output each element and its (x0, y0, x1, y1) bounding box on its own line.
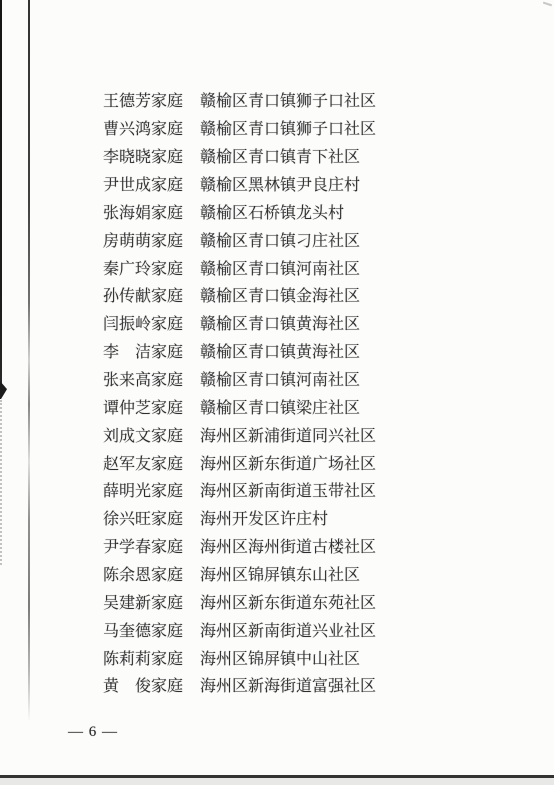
scan-bottom-edge-shadow (0, 778, 554, 785)
scan-left-edge-dots (0, 400, 2, 565)
community-address: 赣榆区青口镇黄海社区 (200, 311, 523, 334)
scan-left-edge-line (0, 0, 2, 388)
community-address: 赣榆区青口镇金海社区 (200, 283, 523, 306)
table-row: 刘成文家庭 海州区新浦街道同兴社区 (103, 420, 523, 448)
table-row: 赵军友家庭 海州区新东街道广场社区 (103, 448, 523, 476)
community-address: 赣榆区青口镇狮子口社区 (200, 88, 523, 111)
family-community-list: 王德芳家庭 赣榆区青口镇狮子口社区 曹兴鸿家庭 赣榆区青口镇狮子口社区 李晓晓家… (103, 86, 523, 699)
community-address: 海州区锦屏镇东山社区 (200, 562, 523, 585)
family-name: 尹世成家庭 (103, 172, 200, 195)
family-name: 秦广玲家庭 (103, 256, 200, 279)
table-row: 徐兴旺家庭 海州开发区许庄村 (103, 504, 523, 532)
community-address: 赣榆区青口镇河南社区 (200, 367, 523, 390)
table-row: 尹世成家庭 赣榆区黑林镇尹良庄村 (103, 170, 523, 198)
table-row: 薛明光家庭 海州区新南街道玉带社区 (103, 476, 523, 504)
community-address: 海州区新海街道富强社区 (200, 673, 523, 696)
table-row: 陈莉莉家庭 海州区锦屏镇中山社区 (103, 643, 523, 671)
table-row: 尹学春家庭 海州区海州街道古楼社区 (103, 532, 523, 560)
table-row: 李 洁家庭 赣榆区青口镇黄海社区 (103, 337, 523, 365)
table-row: 秦广玲家庭 赣榆区青口镇河南社区 (103, 253, 523, 281)
table-row: 孙传献家庭 赣榆区青口镇金海社区 (103, 281, 523, 309)
community-address: 海州区新南街道玉带社区 (200, 478, 523, 501)
family-name: 陈莉莉家庭 (103, 646, 200, 669)
table-row: 闫振岭家庭 赣榆区青口镇黄海社区 (103, 309, 523, 337)
community-address: 海州区海州街道古楼社区 (200, 534, 523, 557)
community-address: 海州区新南街道兴业社区 (200, 618, 523, 641)
family-name: 张海娟家庭 (103, 200, 200, 223)
table-row: 房萌萌家庭 赣榆区青口镇刁庄社区 (103, 225, 523, 253)
family-name: 李 洁家庭 (103, 339, 200, 362)
family-name: 马奎德家庭 (103, 618, 200, 641)
family-name: 张来高家庭 (103, 367, 200, 390)
family-name: 陈余恩家庭 (103, 562, 200, 585)
table-row: 张来高家庭 赣榆区青口镇河南社区 (103, 365, 523, 393)
community-address: 赣榆区青口镇黄海社区 (200, 339, 523, 362)
table-row: 吴建新家庭 海州区新东街道东苑社区 (103, 587, 523, 615)
community-address: 赣榆区黑林镇尹良庄村 (200, 172, 523, 195)
family-name: 李晓晓家庭 (103, 144, 200, 167)
family-name: 赵军友家庭 (103, 451, 200, 474)
family-name: 孙传献家庭 (103, 283, 200, 306)
table-row: 黄 俊家庭 海州区新海街道富强社区 (103, 671, 523, 699)
community-address: 海州开发区许庄村 (200, 506, 523, 529)
family-name: 谭仲芝家庭 (103, 395, 200, 418)
table-row: 李晓晓家庭 赣榆区青口镇青下社区 (103, 142, 523, 170)
community-address: 赣榆区青口镇青下社区 (200, 144, 523, 167)
family-name: 徐兴旺家庭 (103, 506, 200, 529)
community-address: 赣榆区青口镇河南社区 (200, 256, 523, 279)
community-address: 赣榆区青口镇梁庄社区 (200, 395, 523, 418)
scan-corner-mark (543, 2, 552, 6)
table-row: 陈余恩家庭 海州区锦屏镇东山社区 (103, 560, 523, 588)
family-name: 薛明光家庭 (103, 478, 200, 501)
family-name: 曹兴鸿家庭 (103, 116, 200, 139)
family-name: 刘成文家庭 (103, 423, 200, 446)
scanned-document-page: 王德芳家庭 赣榆区青口镇狮子口社区 曹兴鸿家庭 赣榆区青口镇狮子口社区 李晓晓家… (0, 0, 554, 785)
table-row: 谭仲芝家庭 赣榆区青口镇梁庄社区 (103, 392, 523, 420)
table-row: 马奎德家庭 海州区新南街道兴业社区 (103, 615, 523, 643)
community-address: 海州区锦屏镇中山社区 (200, 646, 523, 669)
community-address: 海州区新浦街道同兴社区 (200, 423, 523, 446)
page-number: — 6 — (68, 724, 118, 741)
family-name: 吴建新家庭 (103, 590, 200, 613)
family-name: 房萌萌家庭 (103, 228, 200, 251)
table-row: 曹兴鸿家庭 赣榆区青口镇狮子口社区 (103, 114, 523, 142)
scan-fold-line (28, 0, 30, 722)
community-address: 赣榆区青口镇狮子口社区 (200, 116, 523, 139)
scan-left-edge-wedge (0, 381, 7, 399)
table-row: 张海娟家庭 赣榆区石桥镇龙头村 (103, 197, 523, 225)
community-address: 赣榆区石桥镇龙头村 (200, 200, 523, 223)
family-name: 闫振岭家庭 (103, 311, 200, 334)
family-name: 黄 俊家庭 (103, 673, 200, 696)
community-address: 赣榆区青口镇刁庄社区 (200, 228, 523, 251)
family-name: 王德芳家庭 (103, 88, 200, 111)
table-row: 王德芳家庭 赣榆区青口镇狮子口社区 (103, 86, 523, 114)
community-address: 海州区新东街道广场社区 (200, 451, 523, 474)
community-address: 海州区新东街道东苑社区 (200, 590, 523, 613)
family-name: 尹学春家庭 (103, 534, 200, 557)
